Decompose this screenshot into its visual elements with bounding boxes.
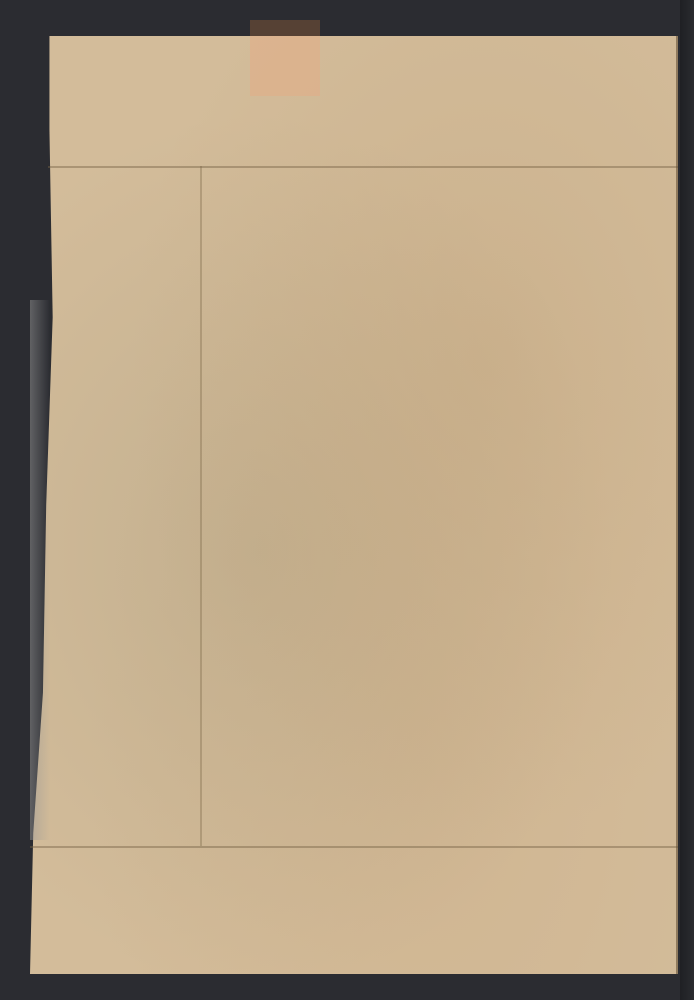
torn-edge (30, 300, 50, 840)
adjacent-page-edge (680, 0, 694, 1000)
fold-line-right (676, 36, 678, 974)
fold-line-top (48, 166, 678, 168)
fold-line-left (200, 166, 202, 846)
paper-tab (250, 36, 320, 96)
paper-leaf (30, 36, 678, 974)
fold-line-bottom (30, 846, 678, 848)
